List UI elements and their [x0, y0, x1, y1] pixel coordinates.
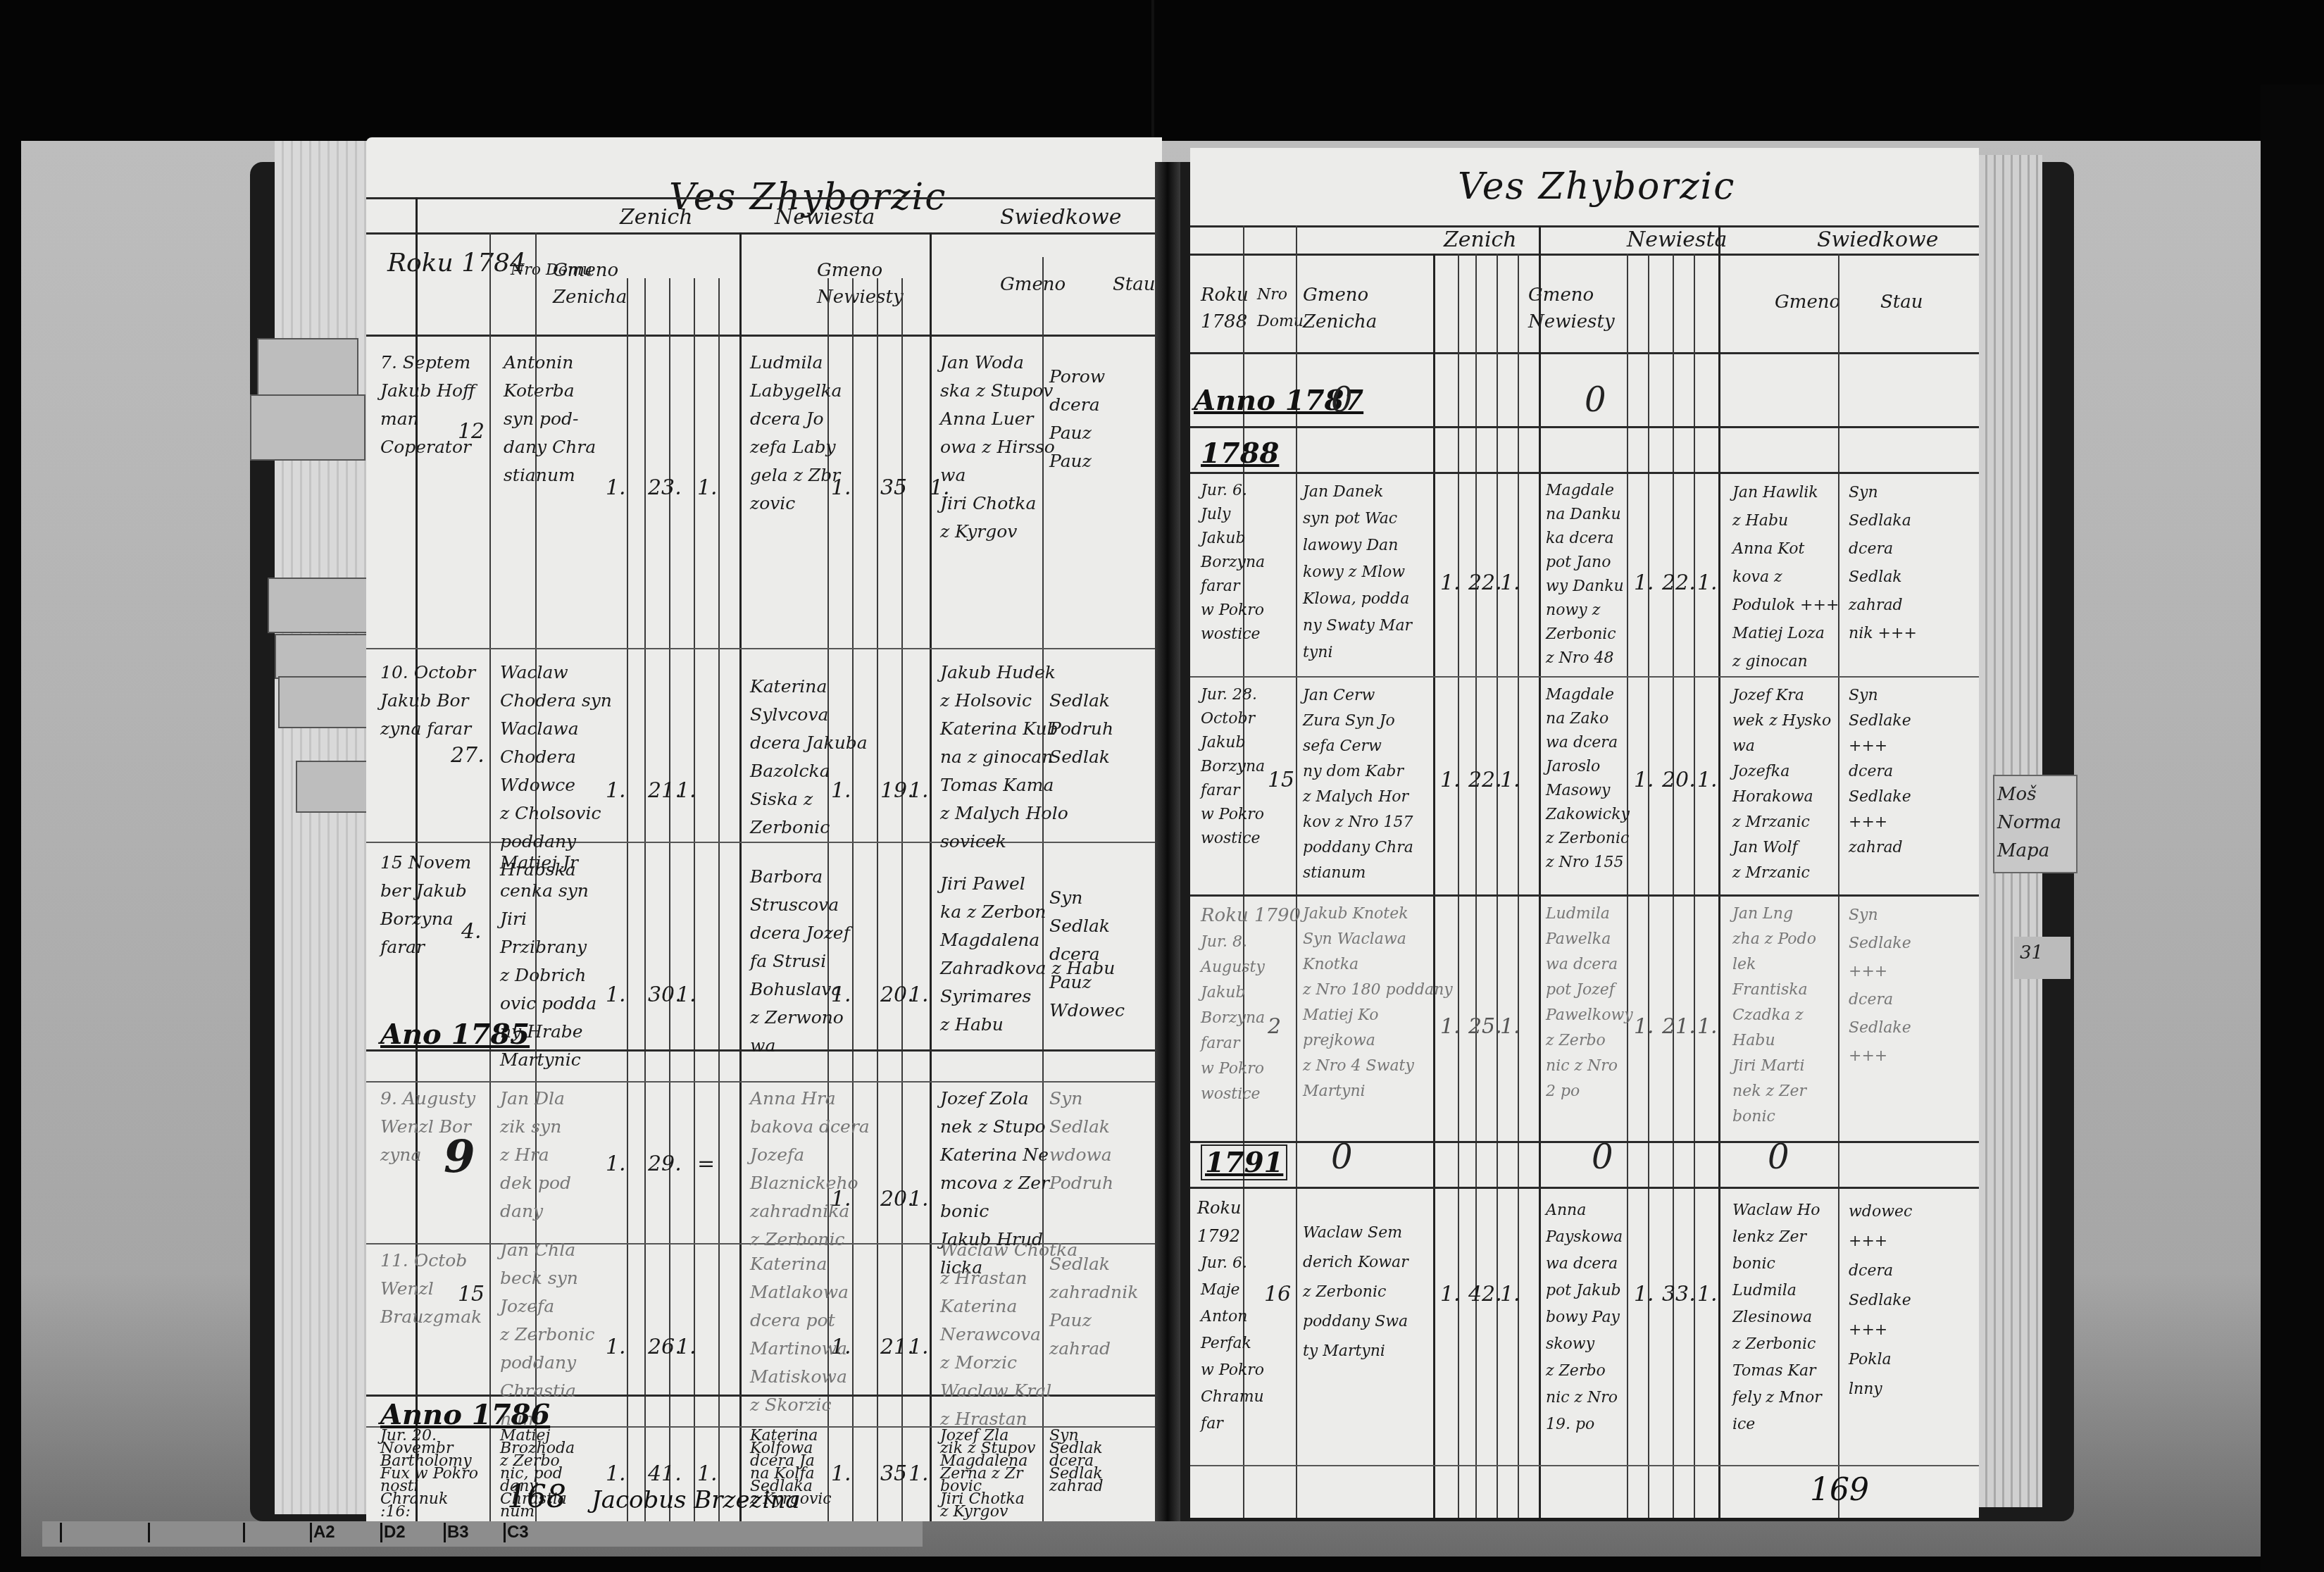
groom-age: 23.	[648, 475, 682, 500]
groom-name: Jakub Knotek Syn Waclawa Knotka z Nro 18…	[1303, 902, 1453, 1104]
book-gutter	[1155, 162, 1180, 1521]
scale-label: A2	[313, 1523, 335, 1542]
column-line	[1475, 254, 1477, 1518]
groom-catholic: 1.	[606, 1152, 626, 1176]
column-line	[1838, 254, 1839, 1518]
groom-age: 22.	[1468, 768, 1502, 792]
scale-tick	[310, 1523, 312, 1542]
bride-age: 22.	[1662, 570, 1696, 595]
groom-catholic: 1.	[1440, 570, 1461, 595]
entry-date: Jur. 6. Maje Anton Perfak w Pokro Chramu…	[1201, 1250, 1264, 1437]
bride-catholic: 1.	[1634, 1282, 1654, 1306]
groom-catholic: 1.	[606, 1335, 626, 1359]
groom-age: 25.	[1468, 1014, 1502, 1039]
bride-age: 20.	[1662, 768, 1696, 792]
column-line	[739, 232, 742, 1521]
bride-name: Magdale na Danku ka dcera pot Jano wy Da…	[1546, 479, 1624, 670]
groom-free: 1.	[1500, 1282, 1520, 1306]
header-groom: Zenich	[1444, 227, 1517, 254]
bride-name: Anna Payskowa wa dcera pot Jakub bowy Pa…	[1546, 1197, 1623, 1438]
left-page: Ves Zhyborzic Zenich Newiesta Swiedkowe …	[366, 137, 1162, 1521]
groom-free: 1.	[676, 982, 696, 1007]
entry-date: 15 Novem ber Jakub Borzyna farar	[380, 849, 471, 961]
entry-date: Jur. 6. July Jakub Borzyna farar w Pokro…	[1201, 479, 1265, 647]
year-heading: Roku 1792	[1197, 1194, 1239, 1250]
house-number: 4.	[461, 919, 482, 944]
groom-widower: 1.	[697, 1461, 718, 1486]
groom-name: Jan Cerw Zura Syn Jo sefa Cerw ny dom Ka…	[1303, 683, 1413, 886]
groom-name: Antonin Koterba syn pod- dany Chra stian…	[504, 349, 596, 489]
column-line	[1539, 225, 1541, 1518]
paper-tab	[296, 761, 369, 813]
row-divider	[1190, 676, 1979, 678]
bride-name: Barbora Struscova dcera Jozef fa Strusi …	[750, 863, 850, 1060]
witnesses: Jozef Kra wek z Hysko wa Jozefka Horakow…	[1732, 683, 1831, 886]
year-heading: 1791	[1201, 1144, 1287, 1180]
witness-status: Syn Sedlak dcera Sedlak zahrad	[1049, 1430, 1104, 1493]
bride-age: 35	[880, 475, 907, 500]
column-line	[489, 232, 491, 1521]
header-year: Roku 1784	[387, 250, 526, 277]
bride-catholic: 1.	[831, 982, 851, 1007]
rule	[1190, 352, 1979, 354]
no-entries-mark: 0	[1768, 1137, 1789, 1177]
film-border	[2261, 85, 2324, 1572]
witnesses: Waclaw Ho lenkz Zer bonic Ludmila Zlesin…	[1732, 1197, 1822, 1438]
groom-free: 1.	[1500, 1014, 1520, 1039]
witnesses: Jan Hawlik z Habu Anna Kot kova z Podulo…	[1732, 479, 1839, 676]
header-groom: Zenich	[620, 204, 693, 231]
bride-catholic: 1.	[831, 1187, 851, 1211]
paper-tab	[275, 634, 369, 679]
groom-catholic: 1.	[1440, 1282, 1461, 1306]
bride-maiden: 1.	[908, 778, 929, 803]
no-entries-mark: 0	[1592, 1137, 1613, 1177]
column-line	[1296, 225, 1297, 1518]
entry-date: 7. Septem Jakub Hoff man Coperator	[380, 349, 475, 461]
bride-widow: 1.	[1697, 768, 1718, 792]
groom-age: 41.	[648, 1461, 682, 1486]
scale-tick	[380, 1523, 382, 1542]
header-year: Roku 1788	[1201, 282, 1243, 335]
bride-name: Ludmila Labygelka dcera Jo zefa Laby gel…	[750, 349, 842, 518]
scale-label: D2	[384, 1523, 406, 1542]
bride-maiden: 1.	[1697, 1014, 1718, 1039]
header-bride: Newiesta	[775, 204, 875, 231]
rule	[1190, 254, 1979, 256]
entry-date: Jur. 28. Octobr Jakub Borzyna farar w Po…	[1201, 683, 1265, 851]
bride-name: Anna Hra bakova dcera Jozefa Blaznickeho…	[750, 1085, 870, 1254]
groom-free: 1.	[1500, 570, 1520, 595]
header-witness-name: Gmeno	[1000, 271, 1066, 298]
bride-catholic: 1.	[831, 1335, 851, 1359]
rule	[366, 232, 1162, 235]
groom-widower: =	[697, 1152, 715, 1176]
scale-tick	[444, 1523, 446, 1542]
header-status: Stau	[1113, 271, 1156, 298]
bride-maiden: 1.	[908, 982, 929, 1007]
archive-number-tab: 31	[2014, 937, 2070, 979]
witness-status: Sedlak Podruh Sedlak	[1049, 687, 1113, 771]
witnesses: Jan Woda ska z Stupov Anna Luer owa z Hi…	[940, 349, 1055, 546]
year-heading: Ano 1785	[380, 1018, 530, 1051]
no-entries-mark: 0	[1331, 380, 1353, 420]
scale-tick	[504, 1523, 506, 1542]
groom-catholic: 1.	[606, 1461, 626, 1486]
groom-age: 29.	[648, 1152, 682, 1176]
groom-name: Jan Danek syn pot Wac lawowy Dan kowy z …	[1303, 479, 1412, 666]
row-divider	[366, 648, 1162, 649]
column-line	[1458, 254, 1459, 1518]
house-number: 15	[458, 1282, 485, 1306]
witnesses: Jozef Zla zik z Stupov Magdalena Zerna z…	[940, 1430, 1035, 1518]
groom-catholic: 1.	[606, 475, 626, 500]
house-number: 12	[458, 419, 485, 444]
house-number: 9	[444, 1130, 475, 1183]
column-line	[930, 232, 932, 1521]
column-line	[1694, 254, 1695, 1518]
label-line: Norma	[1997, 809, 2073, 837]
column-line	[877, 278, 878, 1521]
witness-status: Porow dcera Pauz Pauz	[1049, 363, 1105, 475]
groom-age: 42.	[1468, 1282, 1502, 1306]
rule	[366, 197, 1162, 199]
column-line	[1433, 254, 1435, 1518]
label-line: Moš	[1997, 780, 2073, 809]
witness-status: wdowec +++ dcera Sedlake +++ Pokla lnny	[1849, 1197, 1912, 1404]
groom-free: 1.	[676, 1335, 696, 1359]
bride-catholic: 1.	[1634, 1014, 1654, 1039]
header-house: Nro Domu	[1257, 282, 1292, 335]
column-line	[1673, 254, 1674, 1518]
column-line	[1518, 254, 1519, 1518]
bride-maiden: 1.	[1697, 570, 1718, 595]
groom-name: Waclaw Sem derich Kowar z Zerbonic podda…	[1303, 1218, 1408, 1366]
groom-free: 1.	[1500, 768, 1520, 792]
bride-age: 21.	[1662, 1014, 1696, 1039]
bride-catholic: 1.	[831, 475, 851, 500]
entry-date: Jur. 8. Augusty Jakub Borzyna farar w Po…	[1201, 930, 1265, 1107]
column-line	[1627, 254, 1628, 1518]
bride-maiden: 1.	[908, 1187, 929, 1211]
scale-label: B3	[447, 1523, 469, 1542]
bride-maiden: 1.	[908, 1335, 929, 1359]
entry-date: Jur. 20. Novembr Bartholomy Fux w Pokro …	[380, 1430, 478, 1518]
header-witnesses: Swiedkowe	[1000, 204, 1121, 231]
year-heading: Roku 1790	[1201, 902, 1301, 930]
house-number: 27.	[451, 743, 485, 768]
scale-tick	[243, 1523, 245, 1542]
groom-catholic: 1.	[1440, 1014, 1461, 1039]
bride-catholic: 1.	[831, 778, 851, 803]
bride-catholic: 1.	[831, 1461, 851, 1486]
page-number: 169	[1810, 1472, 1869, 1508]
row-divider	[1190, 1187, 1979, 1189]
witness-status: Syn Sedlaka dcera Sedlak zahrad nik +++	[1849, 479, 1917, 648]
bride-name: Katerina Sylvcova dcera Jakuba Bazolcka …	[750, 673, 868, 842]
microfilm-scale-bar: A2 D2 B3 C3	[42, 1521, 923, 1547]
paper-tab	[268, 578, 369, 633]
scale-label: C3	[507, 1523, 529, 1542]
groom-widower: 1.	[697, 475, 718, 500]
header-bride: Newiesta	[1627, 227, 1727, 254]
groom-age: 22.	[1468, 570, 1502, 595]
house-number: 15	[1268, 768, 1294, 792]
house-number: 2	[1268, 1014, 1281, 1039]
column-line	[718, 278, 720, 1521]
bride-maiden: 1.	[908, 1461, 929, 1486]
column-line	[1497, 254, 1498, 1518]
house-number: 16	[1264, 1282, 1291, 1306]
bride-catholic: 1.	[1634, 768, 1654, 792]
priest-signature: Jacobus Brzezina	[592, 1486, 800, 1514]
row-divider	[366, 1081, 1162, 1083]
bride-catholic: 1.	[1634, 570, 1654, 595]
groom-free: 1.	[676, 778, 696, 803]
scale-tick	[148, 1523, 150, 1542]
witness-status: Syn Sedlak wdowa Podruh	[1049, 1085, 1113, 1197]
witnesses: Jan Lng zha z Podo lek Frantiska Czadka …	[1732, 902, 1816, 1130]
year-heading: Anno 1786	[380, 1398, 550, 1431]
column-line	[1648, 254, 1649, 1518]
column-line	[852, 278, 854, 1521]
paper-tab	[250, 394, 366, 461]
page-title: Ves Zhyborzic	[1458, 166, 1735, 208]
groom-catholic: 1.	[1440, 768, 1461, 792]
column-line	[627, 278, 628, 1521]
header-witness-name: Gmeno	[1775, 289, 1840, 316]
groom-name: Jan Dla zik syn z Hra dek pod dany	[500, 1085, 571, 1225]
witness-status: Sedlak zahradnik Pauz zahrad	[1049, 1250, 1138, 1363]
column-line	[644, 278, 646, 1521]
bride-name: Magdale na Zako wa dcera Jaroslo Masowy …	[1546, 683, 1630, 875]
bride-age: 35	[880, 1461, 907, 1486]
paper-tab	[278, 676, 369, 728]
row-divider	[1190, 472, 1979, 474]
header-groom-name: Gmeno Zenicha	[1303, 282, 1380, 335]
witness-status: Syn Sedlak dcera Pauz Wdowec	[1049, 884, 1125, 1025]
right-page: Ves Zhyborzic Zenich Newiesta Swiedkowe …	[1190, 148, 1979, 1518]
bride-name: Ludmila Pawelka wa dcera pot Jozef Pawel…	[1546, 902, 1633, 1104]
no-entries-mark: 0	[1331, 1137, 1353, 1177]
header-witnesses: Swiedkowe	[1817, 227, 1938, 254]
groom-catholic: 1.	[606, 778, 626, 803]
row-divider	[1190, 1141, 1979, 1143]
paper-tab	[257, 338, 358, 397]
bride-widow: 1.	[1697, 1282, 1718, 1306]
no-entries-mark: 0	[1585, 380, 1606, 420]
groom-catholic: 1.	[606, 982, 626, 1007]
year-heading: 1788	[1201, 437, 1279, 470]
page-number: 168	[507, 1479, 566, 1515]
row-divider	[1190, 894, 1979, 897]
label-line: Mapa	[1997, 837, 2073, 865]
row-divider	[1190, 1465, 1979, 1466]
archive-label-tab: Moš Norma Mapa	[1993, 775, 2078, 873]
witness-status: Syn Sedlake +++ dcera Sedlake +++ zahrad	[1849, 683, 1911, 861]
header-status: Stau	[1880, 289, 1923, 316]
bride-age: 33.	[1662, 1282, 1696, 1306]
row-divider	[1190, 426, 1979, 428]
header-groom-name: Gmeno Zenicha	[553, 257, 630, 311]
witness-status: Syn Sedlake +++ dcera Sedlake +++	[1849, 902, 1911, 1071]
scale-tick	[60, 1523, 62, 1542]
column-line	[1718, 225, 1720, 1518]
entry-date: 10. Octobr Jakub Bor zyna farar	[380, 659, 475, 743]
